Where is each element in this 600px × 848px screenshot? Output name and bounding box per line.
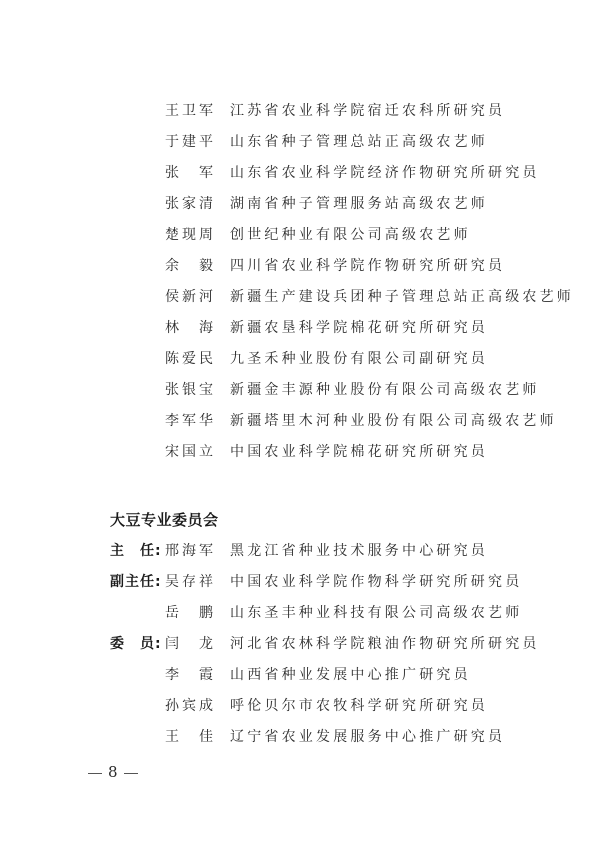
role-label: 副主任: [110, 570, 166, 594]
member-name: 张 军 [165, 161, 217, 185]
member-name: 林 海 [165, 316, 217, 340]
document-page: 王卫军 江苏省农业科学院宿迁农科所研究员 于建平 山东省种子管理总站正高级农艺师… [0, 0, 600, 848]
role-text: 委 员 [110, 636, 155, 652]
member-org: 新疆塔里木河种业股份有限公司高级农艺师 [230, 409, 557, 433]
member-name: 王卫军 [165, 99, 217, 123]
member-name: 陈爱民 [165, 347, 217, 371]
member-org: 辽宁省农业发展服务中心推广研究员 [230, 725, 505, 749]
member-name: 李军华 [165, 409, 217, 433]
member-name: 侯新河 [165, 285, 217, 309]
page-footer: 8 [82, 762, 144, 782]
role-text: 主 任 [110, 543, 155, 559]
dash-left [88, 773, 102, 774]
member-org: 中国农业科学院作物科学研究所研究员 [230, 570, 522, 594]
member-name: 宋国立 [165, 440, 217, 464]
member-name: 张银宝 [165, 378, 217, 402]
member-org: 创世纪种业有限公司高级农艺师 [230, 223, 471, 247]
dash-right [124, 773, 138, 774]
role-separator: : [155, 574, 162, 590]
member-name: 闫 龙 [165, 632, 217, 656]
member-name: 吴存祥 [165, 570, 217, 594]
member-name: 王 佳 [165, 725, 217, 749]
page-number: 8 [108, 763, 118, 781]
role-separator: : [155, 636, 162, 652]
role-label: 委 员: [110, 632, 166, 656]
member-org: 九圣禾种业股份有限公司副研究员 [230, 347, 488, 371]
member-name: 于建平 [165, 130, 217, 154]
member-org: 湖南省种子管理服务站高级农艺师 [230, 192, 488, 216]
member-org: 新疆农垦科学院棉花研究所研究员 [230, 316, 488, 340]
member-org: 河北省农林科学院粮油作物研究所研究员 [230, 632, 540, 656]
member-org: 江苏省农业科学院宿迁农科所研究员 [230, 99, 505, 123]
member-org: 呼伦贝尔市农牧科学研究所研究员 [230, 694, 488, 718]
member-org: 山东圣丰种业科技有限公司高级农艺师 [230, 601, 522, 625]
role-text: 副主任 [110, 574, 155, 590]
section-heading: 大豆专业委员会 [110, 508, 219, 532]
role-separator: : [155, 543, 162, 559]
member-name: 岳 鹏 [165, 601, 217, 625]
member-org: 中国农业科学院棉花研究所研究员 [230, 440, 488, 464]
member-name: 孙宾成 [165, 694, 217, 718]
member-org: 山东省种子管理总站正高级农艺师 [230, 130, 488, 154]
member-name: 余 毅 [165, 254, 217, 278]
role-label: 主 任: [110, 539, 166, 563]
member-name: 楚现周 [165, 223, 217, 247]
member-org: 黑龙江省种业技术服务中心研究员 [230, 539, 488, 563]
member-name: 李 霞 [165, 663, 217, 687]
member-org: 山西省种业发展中心推广研究员 [230, 663, 471, 687]
member-name: 邢海军 [165, 539, 217, 563]
member-org: 山东省农业科学院经济作物研究所研究员 [230, 161, 540, 185]
member-org: 新疆金丰源种业股份有限公司高级农艺师 [230, 378, 540, 402]
member-org: 四川省农业科学院作物研究所研究员 [230, 254, 505, 278]
member-org: 新疆生产建设兵团种子管理总站正高级农艺师 [230, 285, 574, 309]
member-name: 张家清 [165, 192, 217, 216]
